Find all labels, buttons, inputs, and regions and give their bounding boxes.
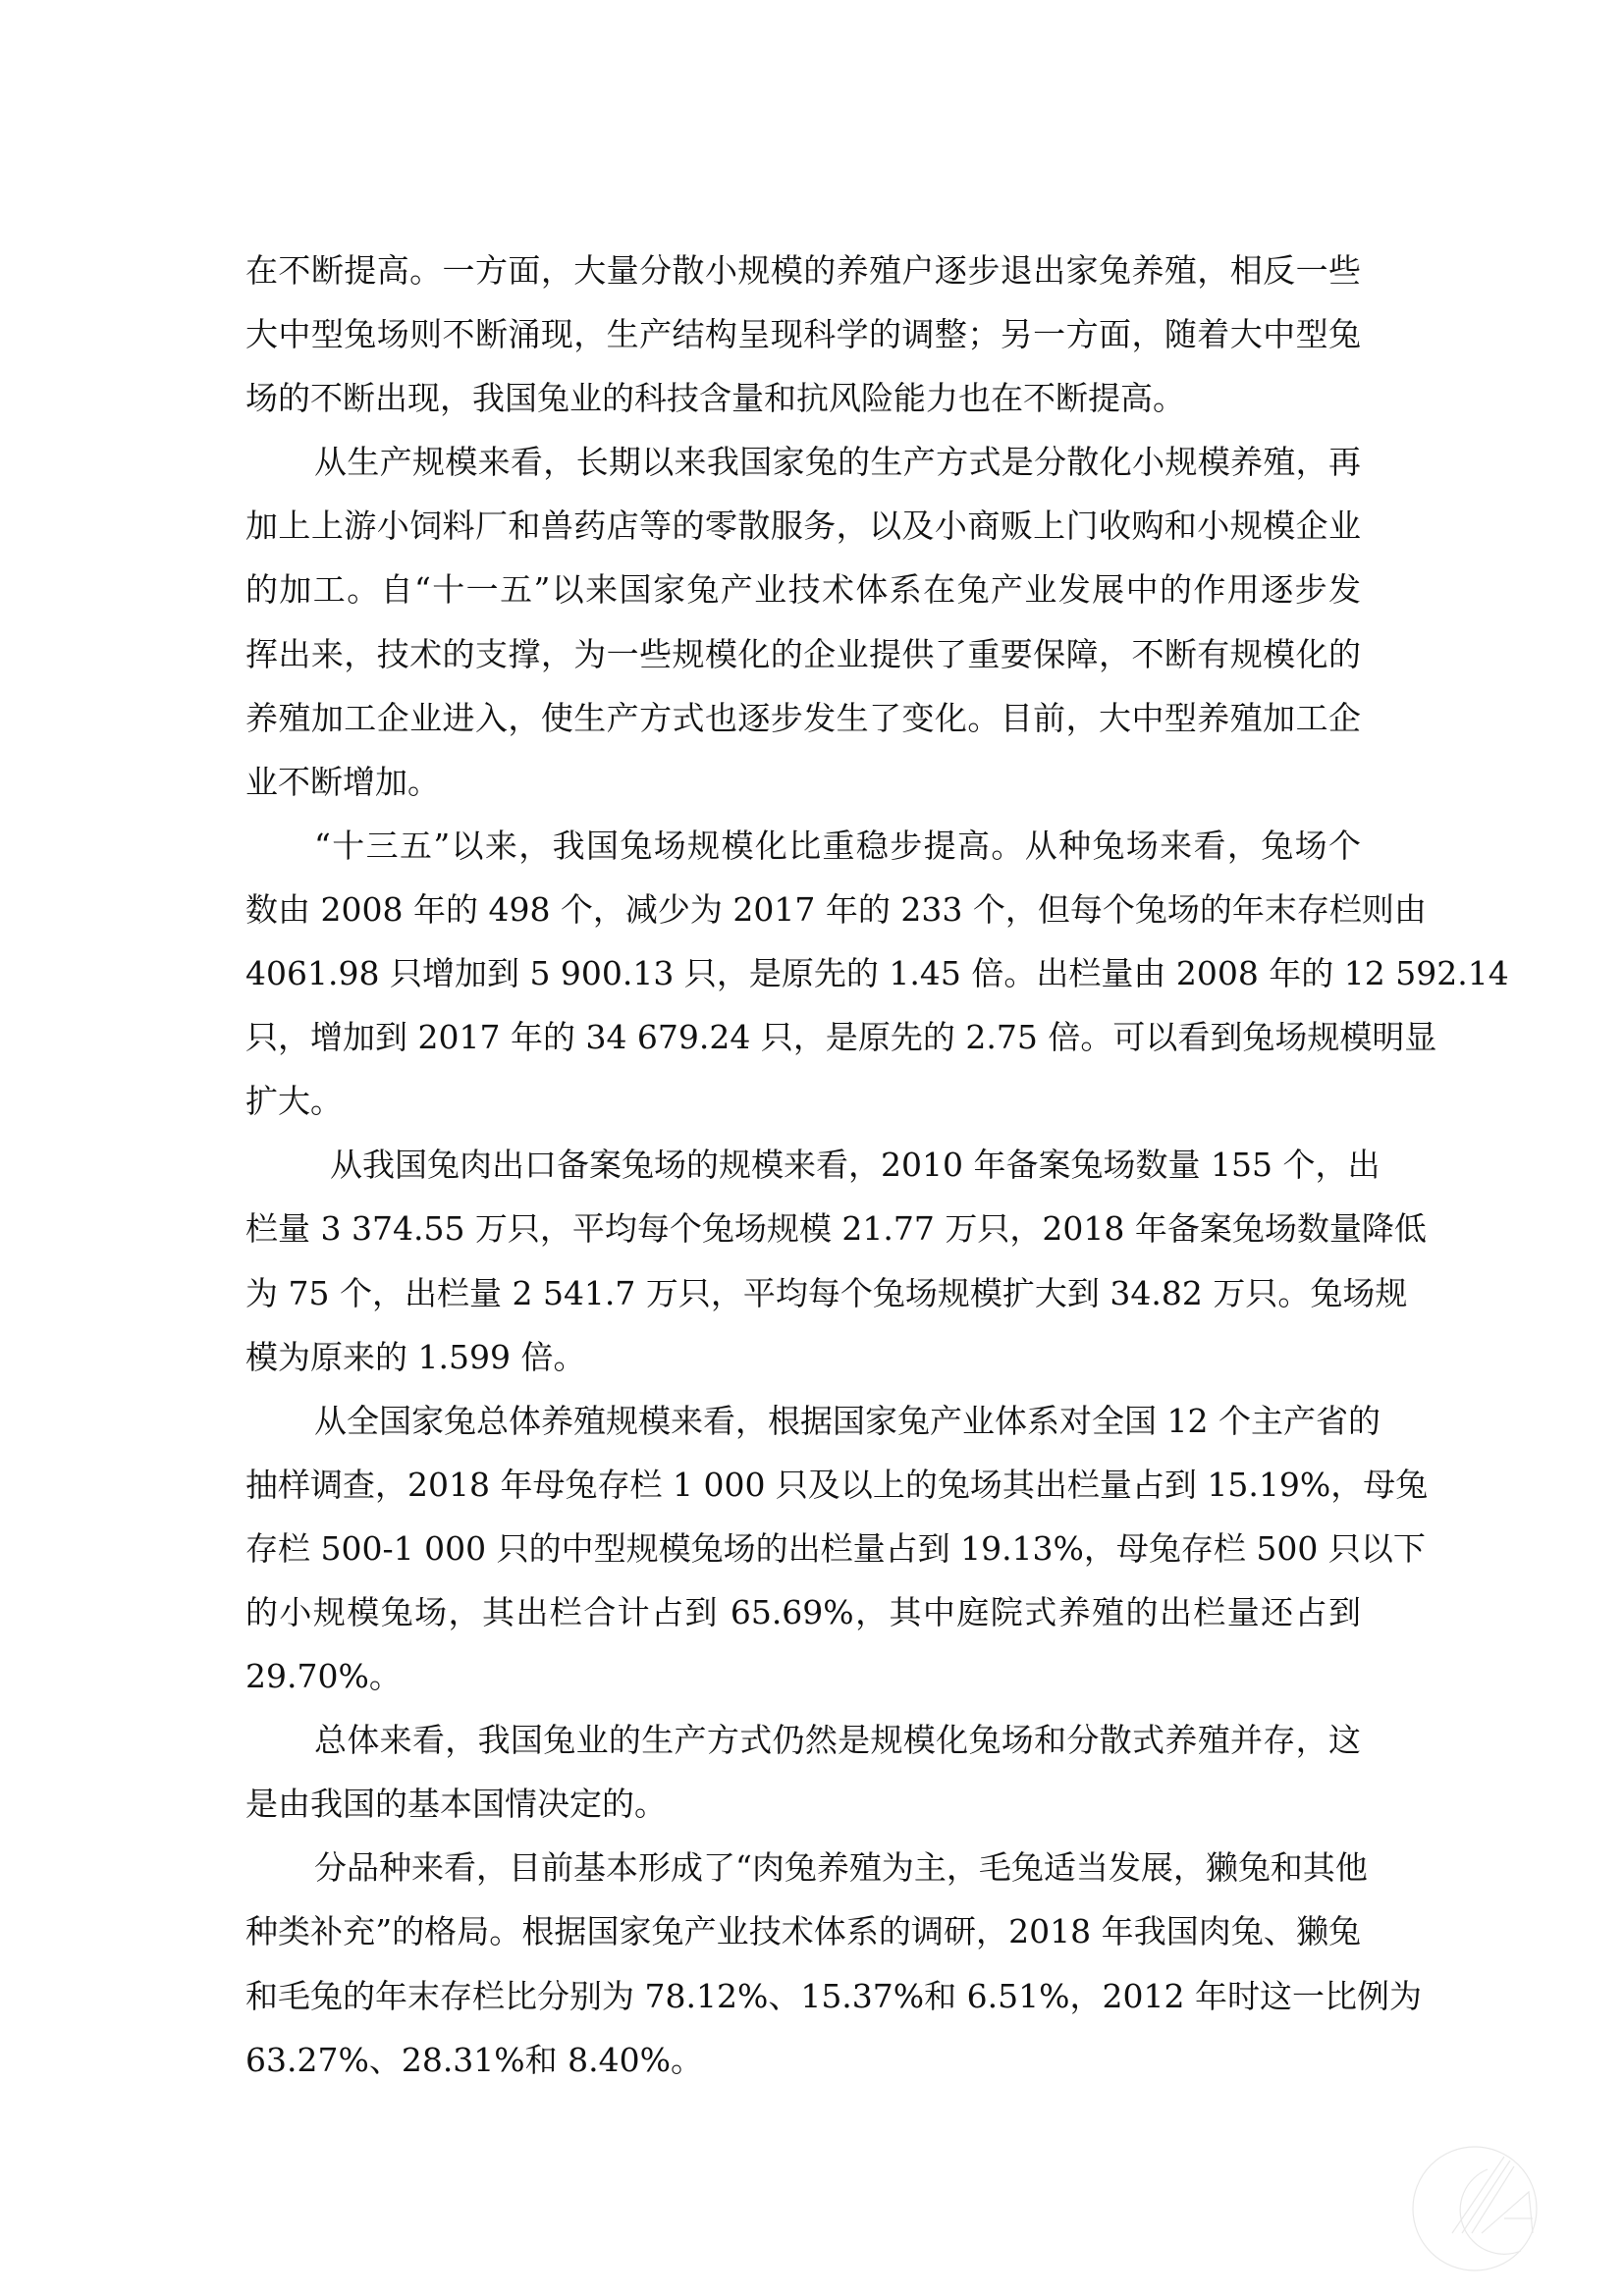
text-line: 从生产规模来看，长期以来我国家兔的生产方式是分散化小规模养殖，再	[245, 430, 1361, 494]
text-line: 场的不断出现，我国兔业的科技含量和抗风险能力也在不断提高。	[245, 366, 1361, 430]
paragraph: 从生产规模来看，长期以来我国家兔的生产方式是分散化小规模养殖，再 加上上游小饲料…	[245, 430, 1361, 814]
text-line: 存栏 500-1 000 只的中型规模兔场的出栏量占到 19.13%，母兔存栏 …	[245, 1517, 1361, 1580]
text-line: 的小规模兔场，其出栏合计占到 65.69%，其中庭院式养殖的出栏量还占到	[245, 1580, 1361, 1644]
text-line: 大中型兔场则不断涌现，生产结构呈现科学的调整；另一方面，随着大中型兔	[245, 302, 1361, 366]
text-line: 在不断提高。一方面，大量分散小规模的养殖户逐步退出家兔养殖，相反一些	[245, 239, 1361, 302]
paragraph: 从我国兔肉出口备案兔场的规模来看，2010 年备案兔场数量 155 个，出 栏量…	[245, 1133, 1361, 1388]
text-line: 从我国兔肉出口备案兔场的规模来看，2010 年备案兔场数量 155 个，出	[245, 1133, 1361, 1197]
paragraph: 从全国家兔总体养殖规模来看，根据国家兔产业体系对全国 12 个主产省的 抽样调查…	[245, 1389, 1361, 1708]
text-line: 数由 2008 年的 498 个，减少为 2017 年的 233 个，但每个兔场…	[245, 878, 1361, 941]
text-line: 分品种来看，目前基本形成了“肉兔养殖为主，毛兔适当发展，獭兔和其他	[245, 1836, 1361, 1899]
text-line: 抽样调查，2018 年母兔存栏 1 000 只及以上的兔场其出栏量占到 15.1…	[245, 1453, 1361, 1517]
paragraph: 在不断提高。一方面，大量分散小规模的养殖户逐步退出家兔养殖，相反一些 大中型兔场…	[245, 239, 1361, 430]
text-line: 63.27%、28.31%和 8.40%。	[245, 2028, 1361, 2092]
paragraph: “十三五”以来，我国兔场规模化比重稳步提高。从种兔场来看，兔场个 数由 2008…	[245, 814, 1361, 1133]
text-line: 是由我国的基本国情决定的。	[245, 1772, 1361, 1836]
text-line: 的加工。自“十一五”以来国家兔产业技术体系在兔产业发展中的作用逐步发	[245, 558, 1361, 621]
text-line: 业不断增加。	[245, 750, 1361, 814]
paragraph: 分品种来看，目前基本形成了“肉兔养殖为主，毛兔适当发展，獭兔和其他 种类补充”的…	[245, 1836, 1361, 2091]
text-line: 扩大。	[245, 1069, 1361, 1133]
text-line: 4061.98 只增加到 5 900.13 只，是原先的 1.45 倍。出栏量由…	[245, 941, 1361, 1005]
text-line: 养殖加工企业进入，使生产方式也逐步发生了变化。目前，大中型养殖加工企	[245, 686, 1361, 750]
text-line: 种类补充”的格局。根据国家兔产业技术体系的调研，2018 年我国肉兔、獭兔	[245, 1899, 1361, 1963]
body-text: 在不断提高。一方面，大量分散小规模的养殖户逐步退出家兔养殖，相反一些 大中型兔场…	[245, 239, 1361, 2092]
text-line: “十三五”以来，我国兔场规模化比重稳步提高。从种兔场来看，兔场个	[245, 814, 1361, 878]
text-line: 模为原来的 1.599 倍。	[245, 1325, 1361, 1389]
text-line: 为 75 个，出栏量 2 541.7 万只，平均每个兔场规模扩大到 34.82 …	[245, 1261, 1361, 1325]
text-line: 只，增加到 2017 年的 34 679.24 只，是原先的 2.75 倍。可以…	[245, 1005, 1361, 1069]
text-line: 从全国家兔总体养殖规模来看，根据国家兔产业体系对全国 12 个主产省的	[245, 1389, 1361, 1453]
text-line: 总体来看，我国兔业的生产方式仍然是规模化兔场和分散式养殖并存，这	[245, 1708, 1361, 1772]
paragraph: 总体来看，我国兔业的生产方式仍然是规模化兔场和分散式养殖并存，这 是由我国的基本…	[245, 1708, 1361, 1836]
text-line: 和毛兔的年末存栏比分别为 78.12%、15.37%和 6.51%，2012 年…	[245, 1964, 1361, 2028]
publisher-logo-icon	[1411, 2145, 1539, 2272]
text-line: 栏量 3 374.55 万只，平均每个兔场规模 21.77 万只，2018 年备…	[245, 1197, 1361, 1260]
text-line: 加上上游小饲料厂和兽药店等的零散服务，以及小商贩上门收购和小规模企业	[245, 494, 1361, 558]
document-page: 在不断提高。一方面，大量分散小规模的养殖户逐步退出家兔养殖，相反一些 大中型兔场…	[0, 0, 1624, 2296]
text-line: 挥出来，技术的支撑，为一些规模化的企业提供了重要保障，不断有规模化的	[245, 622, 1361, 686]
text-line: 29.70%。	[245, 1644, 1361, 1708]
